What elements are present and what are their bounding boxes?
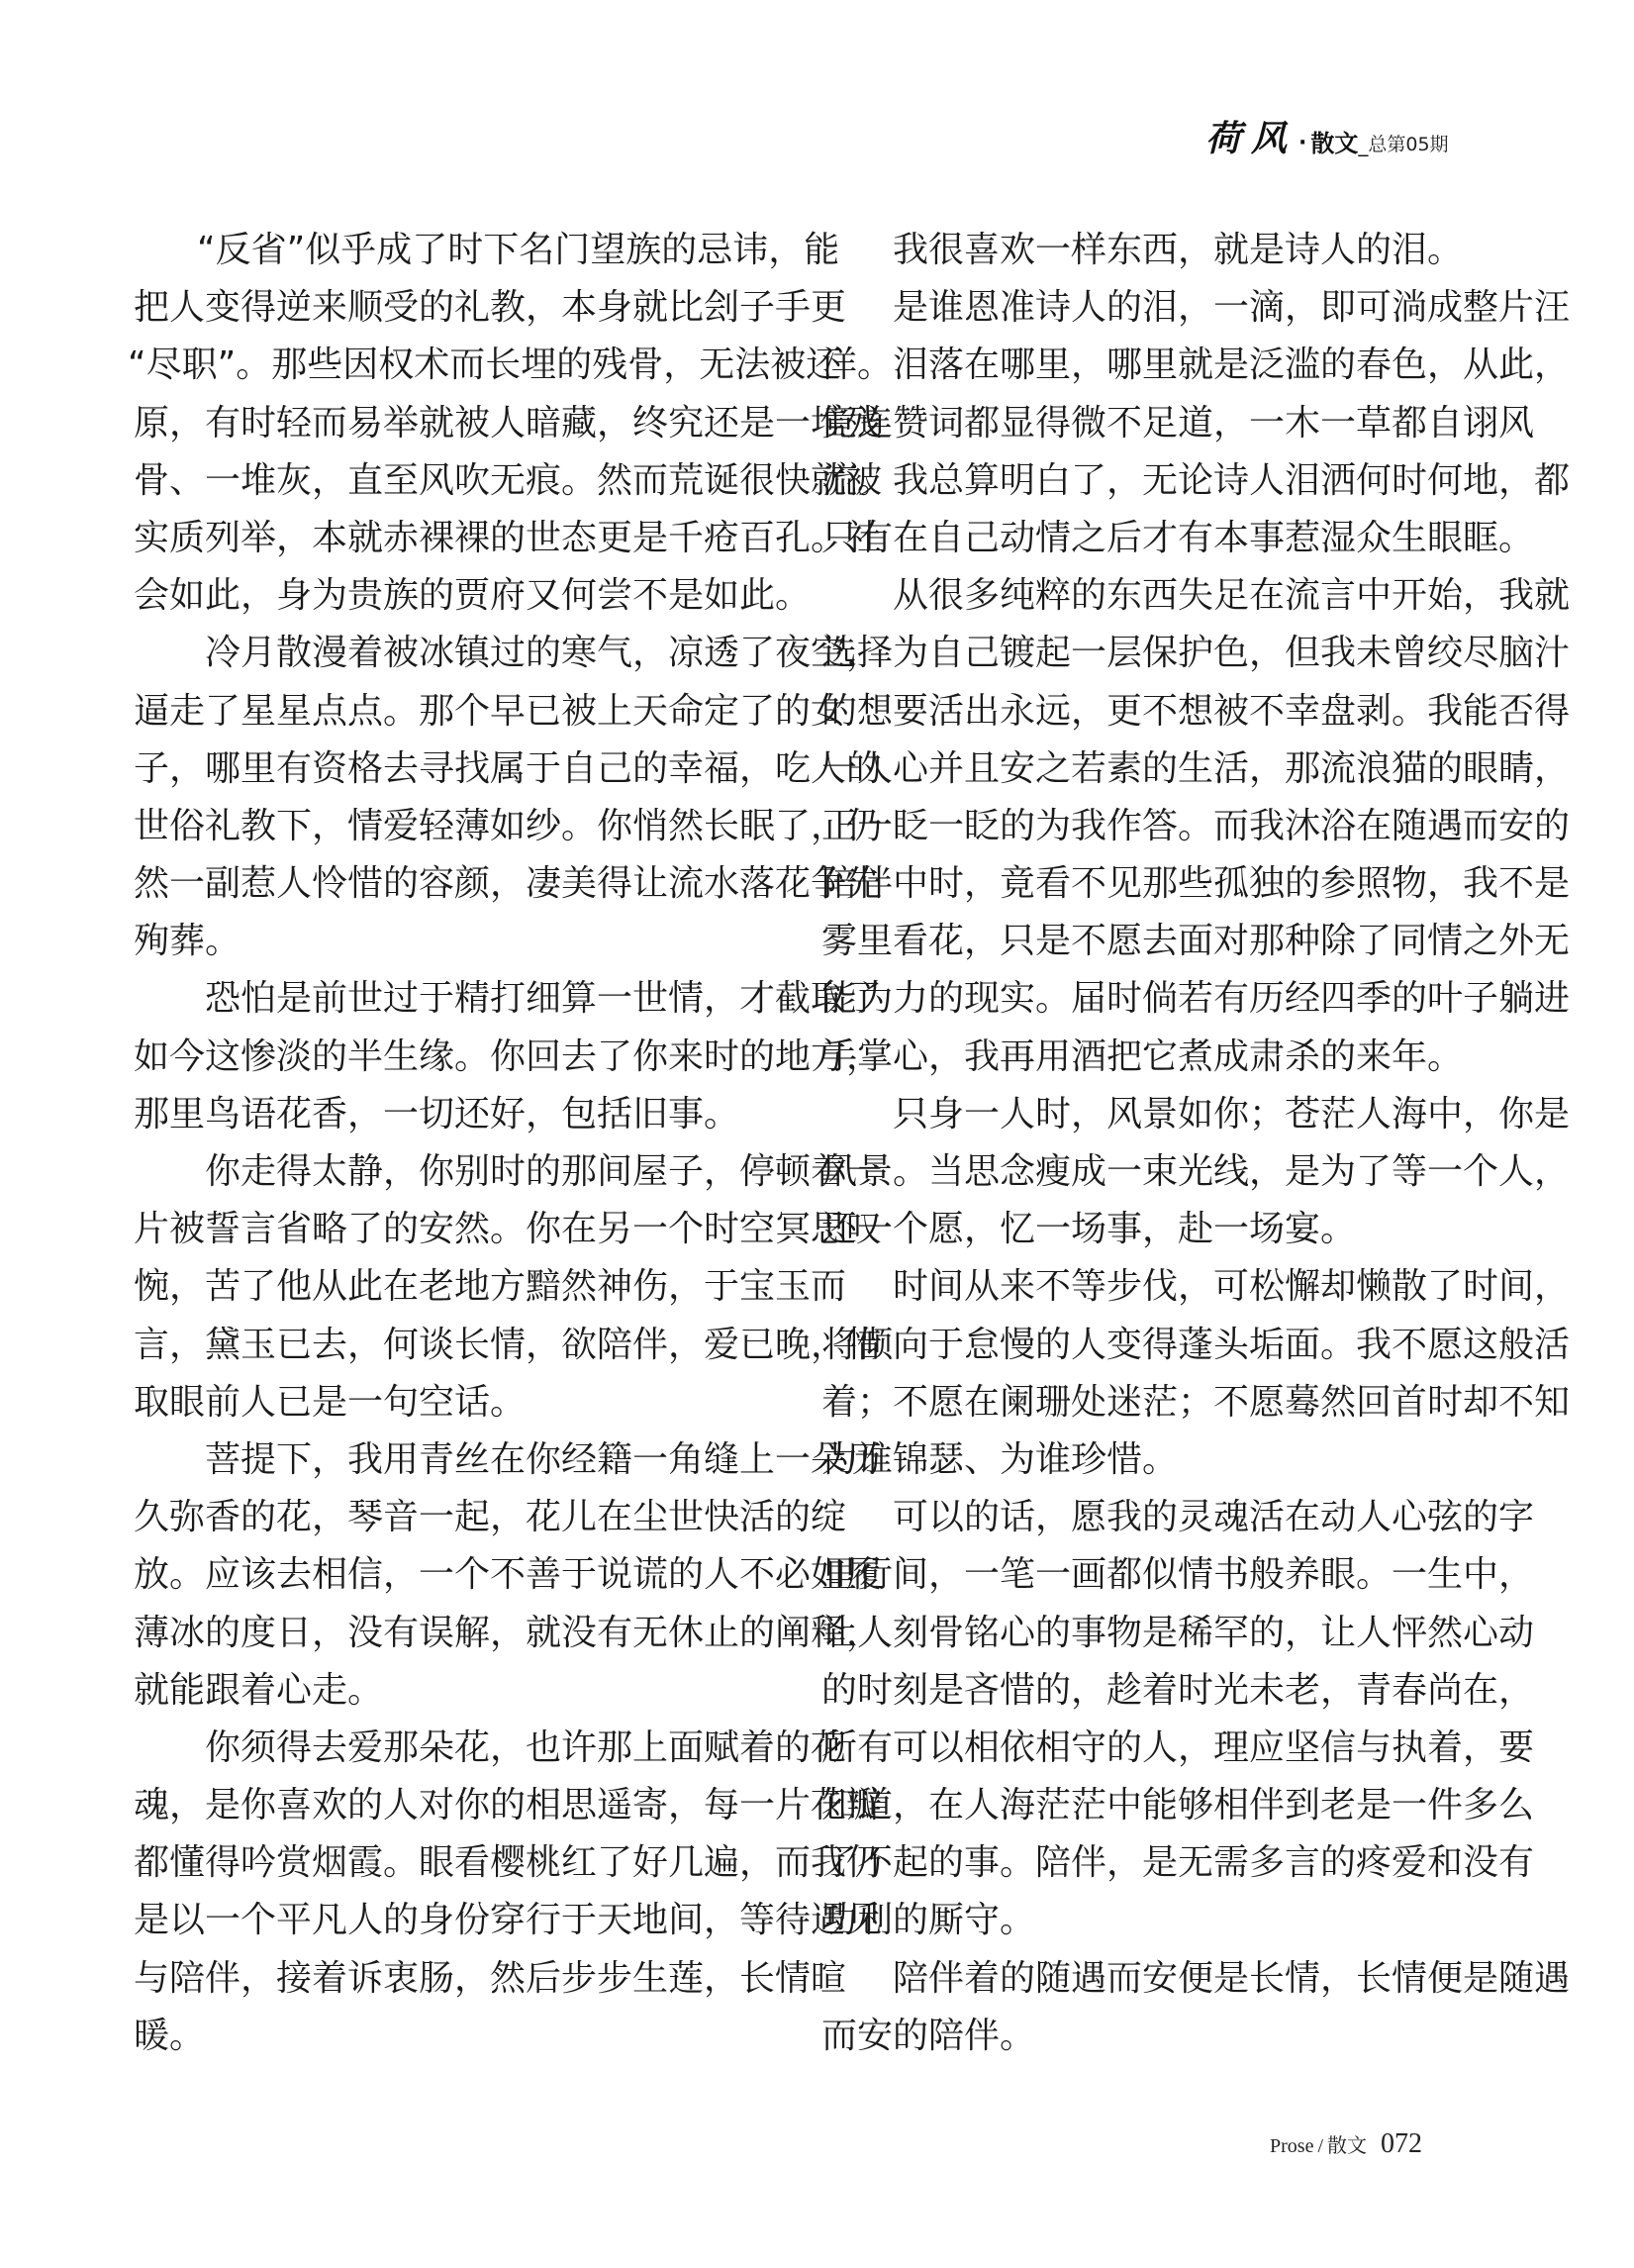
paragraph: 是谁恩准诗人的泪，一滴，即可淌成整片汪 洋。泪落在哪里，哪里就是泛滥的春色，从此… [821,291,1455,579]
right-text-column: 我很喜欢一样东西，就是诗人的泪。 是谁恩准诗人的泪，一滴，即可淌成整片汪 洋。泪… [821,234,1455,2077]
text-line: 如今这惨淡的半生缘。你回去了你来时的地方， [134,1040,767,1098]
text-line: 一人心并且安之若素的生活，那流浪猫的眼睛， [821,752,1455,810]
footer-section-english: Prose [1270,2135,1313,2158]
text-line: 能为力的现实。届时倘若有历经四季的叶子躺进 [821,982,1455,1039]
text-line: 从很多纯粹的东西失足在流言中开始，我就 [821,579,1455,637]
text-line: 手掌心，我再用酒把它煮成肃杀的来年。 [821,1040,1455,1098]
text-line: 所有可以相依相守的人，理应坚信与执着，要 [821,1731,1455,1789]
text-line: “反省”似乎成了时下名门望族的忌讳，能 [134,234,767,291]
text-line: 只有在自己动情之后才有本事惹湿众生眼眶。 [821,522,1455,579]
text-line: 是谁恩准诗人的泪，一滴，即可淌成整片汪 [821,291,1455,348]
text-line: 我很喜欢一样东西，就是诗人的泪。 [821,234,1455,291]
text-line: 里行间，一笔一画都似情书般养眼。一生中， [821,1558,1455,1616]
paragraph: 菩提下，我用青丝在你经籍一角缝上一朵历 久弥香的花，琴音一起，花儿在尘世快活的绽… [134,1443,767,1731]
paragraph: 恐怕是前世过于精打细算一世情，才截取了 如今这惨淡的半生缘。你回去了你来时的地方… [134,982,767,1155]
text-line: 久弥香的花，琴音一起，花儿在尘世快活的绽 [134,1501,767,1558]
text-line: 时间从来不等步伐，可松懈却懒散了时间， [821,1270,1455,1328]
text-line: 子，哪里有资格去寻找属于自己的幸福，吃人的 [134,752,767,810]
text-line: 竟连赞词都显得微不足道，一木一草都自诩风 [821,407,1455,464]
paragraph: 时间从来不等步伐，可松懈却懒散了时间， 将倾向于怠慢的人变得蓬头垢面。我不愿这般… [821,1270,1455,1501]
text-line: 将倾向于怠慢的人变得蓬头垢面。我不愿这般活 [821,1329,1455,1386]
text-line: 世俗礼教下，情爱轻薄如纱。你悄然长眠了，仍 [134,810,767,867]
header-dot-separator: · [1298,129,1306,158]
text-line: 功利的厮守。 [821,1904,1455,1961]
text-line: 的想要活出永远，更不想被不幸盘剥。我能否得 [821,695,1455,752]
text-line: 可以的话，愿我的灵魂活在动人心弦的字 [821,1501,1455,1558]
text-line: 恐怕是前世过于精打细算一世情，才截取了 [134,982,767,1039]
text-line: 把人变得逆来顺受的礼教，本身就比刽子手更 [134,291,767,348]
text-line: 殉葬。 [134,925,767,982]
text-line: 言，黛玉已去，何谈长情，欲陪伴，爱已晚，惜 [134,1329,767,1386]
text-line: 选择为自己镀起一层保护色，但我未曾绞尽脑汁 [821,637,1455,694]
text-line: 那里鸟语花香，一切还好，包括旧事。 [134,1098,767,1155]
page-number: 072 [1381,2128,1422,2160]
page-footer: Prose / 散文 072 [1270,2128,1422,2160]
left-text-column: “反省”似乎成了时下名门望族的忌讳，能 把人变得逆来顺受的礼教，本身就比刽子手更… [134,234,767,2077]
text-line: 原，有时轻而易举就被人暗藏，终究还是一堆残 [134,407,767,464]
text-line: 为谁锦瑟、为谁珍惜。 [821,1443,1455,1501]
text-line: 取眼前人已是一句空话。 [134,1386,767,1443]
text-line: 你走得太静，你别时的那间屋子，停顿着一 [134,1155,767,1213]
paragraph: 我很喜欢一样东西，就是诗人的泪。 [821,234,1455,291]
text-line: 就能跟着心走。 [134,1674,767,1731]
text-line: 与陪伴，接着诉衷肠，然后步步生莲，长情暄 [134,1962,767,2020]
paragraph: 你须得去爱那朵花，也许那上面赋着的花 魂，是你喜欢的人对你的相思遥寄，每一片花瓣… [134,1731,767,2077]
text-line: 雾里看花，只是不愿去面对那种除了同情之外无 [821,925,1455,982]
magazine-header: 荷风 · 散文 _ 总第05期 [1205,113,1449,158]
text-line: “尽职”。那些因权术而长埋的残骨，无法被还 [128,348,767,406]
text-line: 流。我总算明白了，无论诗人泪洒何时何地，都 [821,464,1455,522]
magazine-brand-title: 荷风 [1205,119,1297,158]
text-line: 你须得去爱那朵花，也许那上面赋着的花 [134,1731,767,1789]
text-line: 冷月散漫着被冰镇过的寒气，凉透了夜空， [134,637,767,694]
paragraph: 只身一人时，风景如你；苍茫人海中，你是 风景。当思念瘦成一束光线，是为了等一个人… [821,1098,1455,1271]
issue-number: 总第05期 [1368,131,1448,158]
text-line: 陪伴着的随遇而安便是长情，长情便是随遇 [821,1962,1455,2020]
text-line: 片被誓言省略了的安然。你在另一个时空冥思叹 [134,1213,767,1270]
text-line: 然一副惹人怜惜的容颜，凄美得让流水落花争先 [134,867,767,925]
footer-section-chinese: 散文 [1327,2129,1367,2158]
paragraph: 可以的话，愿我的灵魂活在动人心弦的字 里行间，一笔一画都似情书般养眼。一生中， … [821,1501,1455,1962]
text-line: 是以一个平凡人的身份穿行于天地间，等待遇见 [134,1904,767,1961]
text-line: 风景。当思念瘦成一束光线，是为了等一个人， [821,1155,1455,1213]
text-line: 着；不愿在阑珊处迷茫；不愿蓦然回首时却不知 [821,1386,1455,1443]
text-line: 让人刻骨铭心的事物是稀罕的，让人怦然心动 [821,1617,1455,1674]
paragraph: 从很多纯粹的东西失足在流言中开始，我就 选择为自己镀起一层保护色，但我未曾绞尽脑… [821,579,1455,1098]
paragraph: 冷月散漫着被冰镇过的寒气，凉透了夜空， 逼走了星星点点。那个早已被上天命定了的女… [134,637,767,982]
text-line: 薄冰的度日，没有误解，就没有无休止的阐释， [134,1617,767,1674]
header-underscore-separator: _ [1358,131,1368,158]
text-line: 正一眨一眨的为我作答。而我沐浴在随遇而安的 [821,810,1455,867]
text-line: 骨、一堆灰，直至风吹无痕。然而荒诞很快就被 [134,464,767,522]
text-line: 菩提下，我用青丝在你经籍一角缝上一朵历 [134,1443,767,1501]
paragraph: “反省”似乎成了时下名门望族的忌讳，能 把人变得逆来顺受的礼教，本身就比刽子手更… [134,234,767,637]
text-line: 知道，在人海茫茫中能够相伴到老是一件多么 [821,1789,1455,1846]
text-line: 魂，是你喜欢的人对你的相思遥寄，每一片花瓣 [134,1789,767,1846]
text-line: 洋。泪落在哪里，哪里就是泛滥的春色，从此， [821,348,1455,406]
text-line: 还一个愿，忆一场事，赴一场宴。 [821,1213,1455,1270]
text-line: 陪伴中时，竟看不见那些孤独的参照物，我不是 [821,867,1455,925]
footer-slash: / [1317,2135,1323,2158]
text-line: 了不起的事。陪伴，是无需多言的疼爱和没有 [821,1846,1455,1904]
paragraph: 你走得太静，你别时的那间屋子，停顿着一 片被誓言省略了的安然。你在另一个时空冥思… [134,1155,767,1443]
text-line: 的时刻是吝惜的，趁着时光未老，青春尚在， [821,1674,1455,1731]
text-line: 暖。 [134,2020,767,2077]
text-line: 会如此，身为贵族的贾府又何尝不是如此。 [134,579,767,637]
text-line: 逼走了星星点点。那个早已被上天命定了的女 [134,695,767,752]
section-name: 散文 [1310,129,1358,158]
text-line: 都懂得吟赏烟霞。眼看樱桃红了好几遍，而我仍 [134,1846,767,1904]
paragraph: 陪伴着的随遇而安便是长情，长情便是随遇 而安的陪伴。 [821,1962,1455,2077]
text-line: 实质列举，本就赤裸裸的世态更是千疮百孔。社 [134,522,767,579]
text-line: 放。应该去相信，一个不善于说谎的人不必如履 [134,1558,767,1616]
text-line: 只身一人时，风景如你；苍茫人海中，你是 [821,1098,1455,1155]
text-line: 惋，苦了他从此在老地方黯然神伤，于宝玉而 [134,1270,767,1328]
text-line: 而安的陪伴。 [821,2020,1455,2077]
